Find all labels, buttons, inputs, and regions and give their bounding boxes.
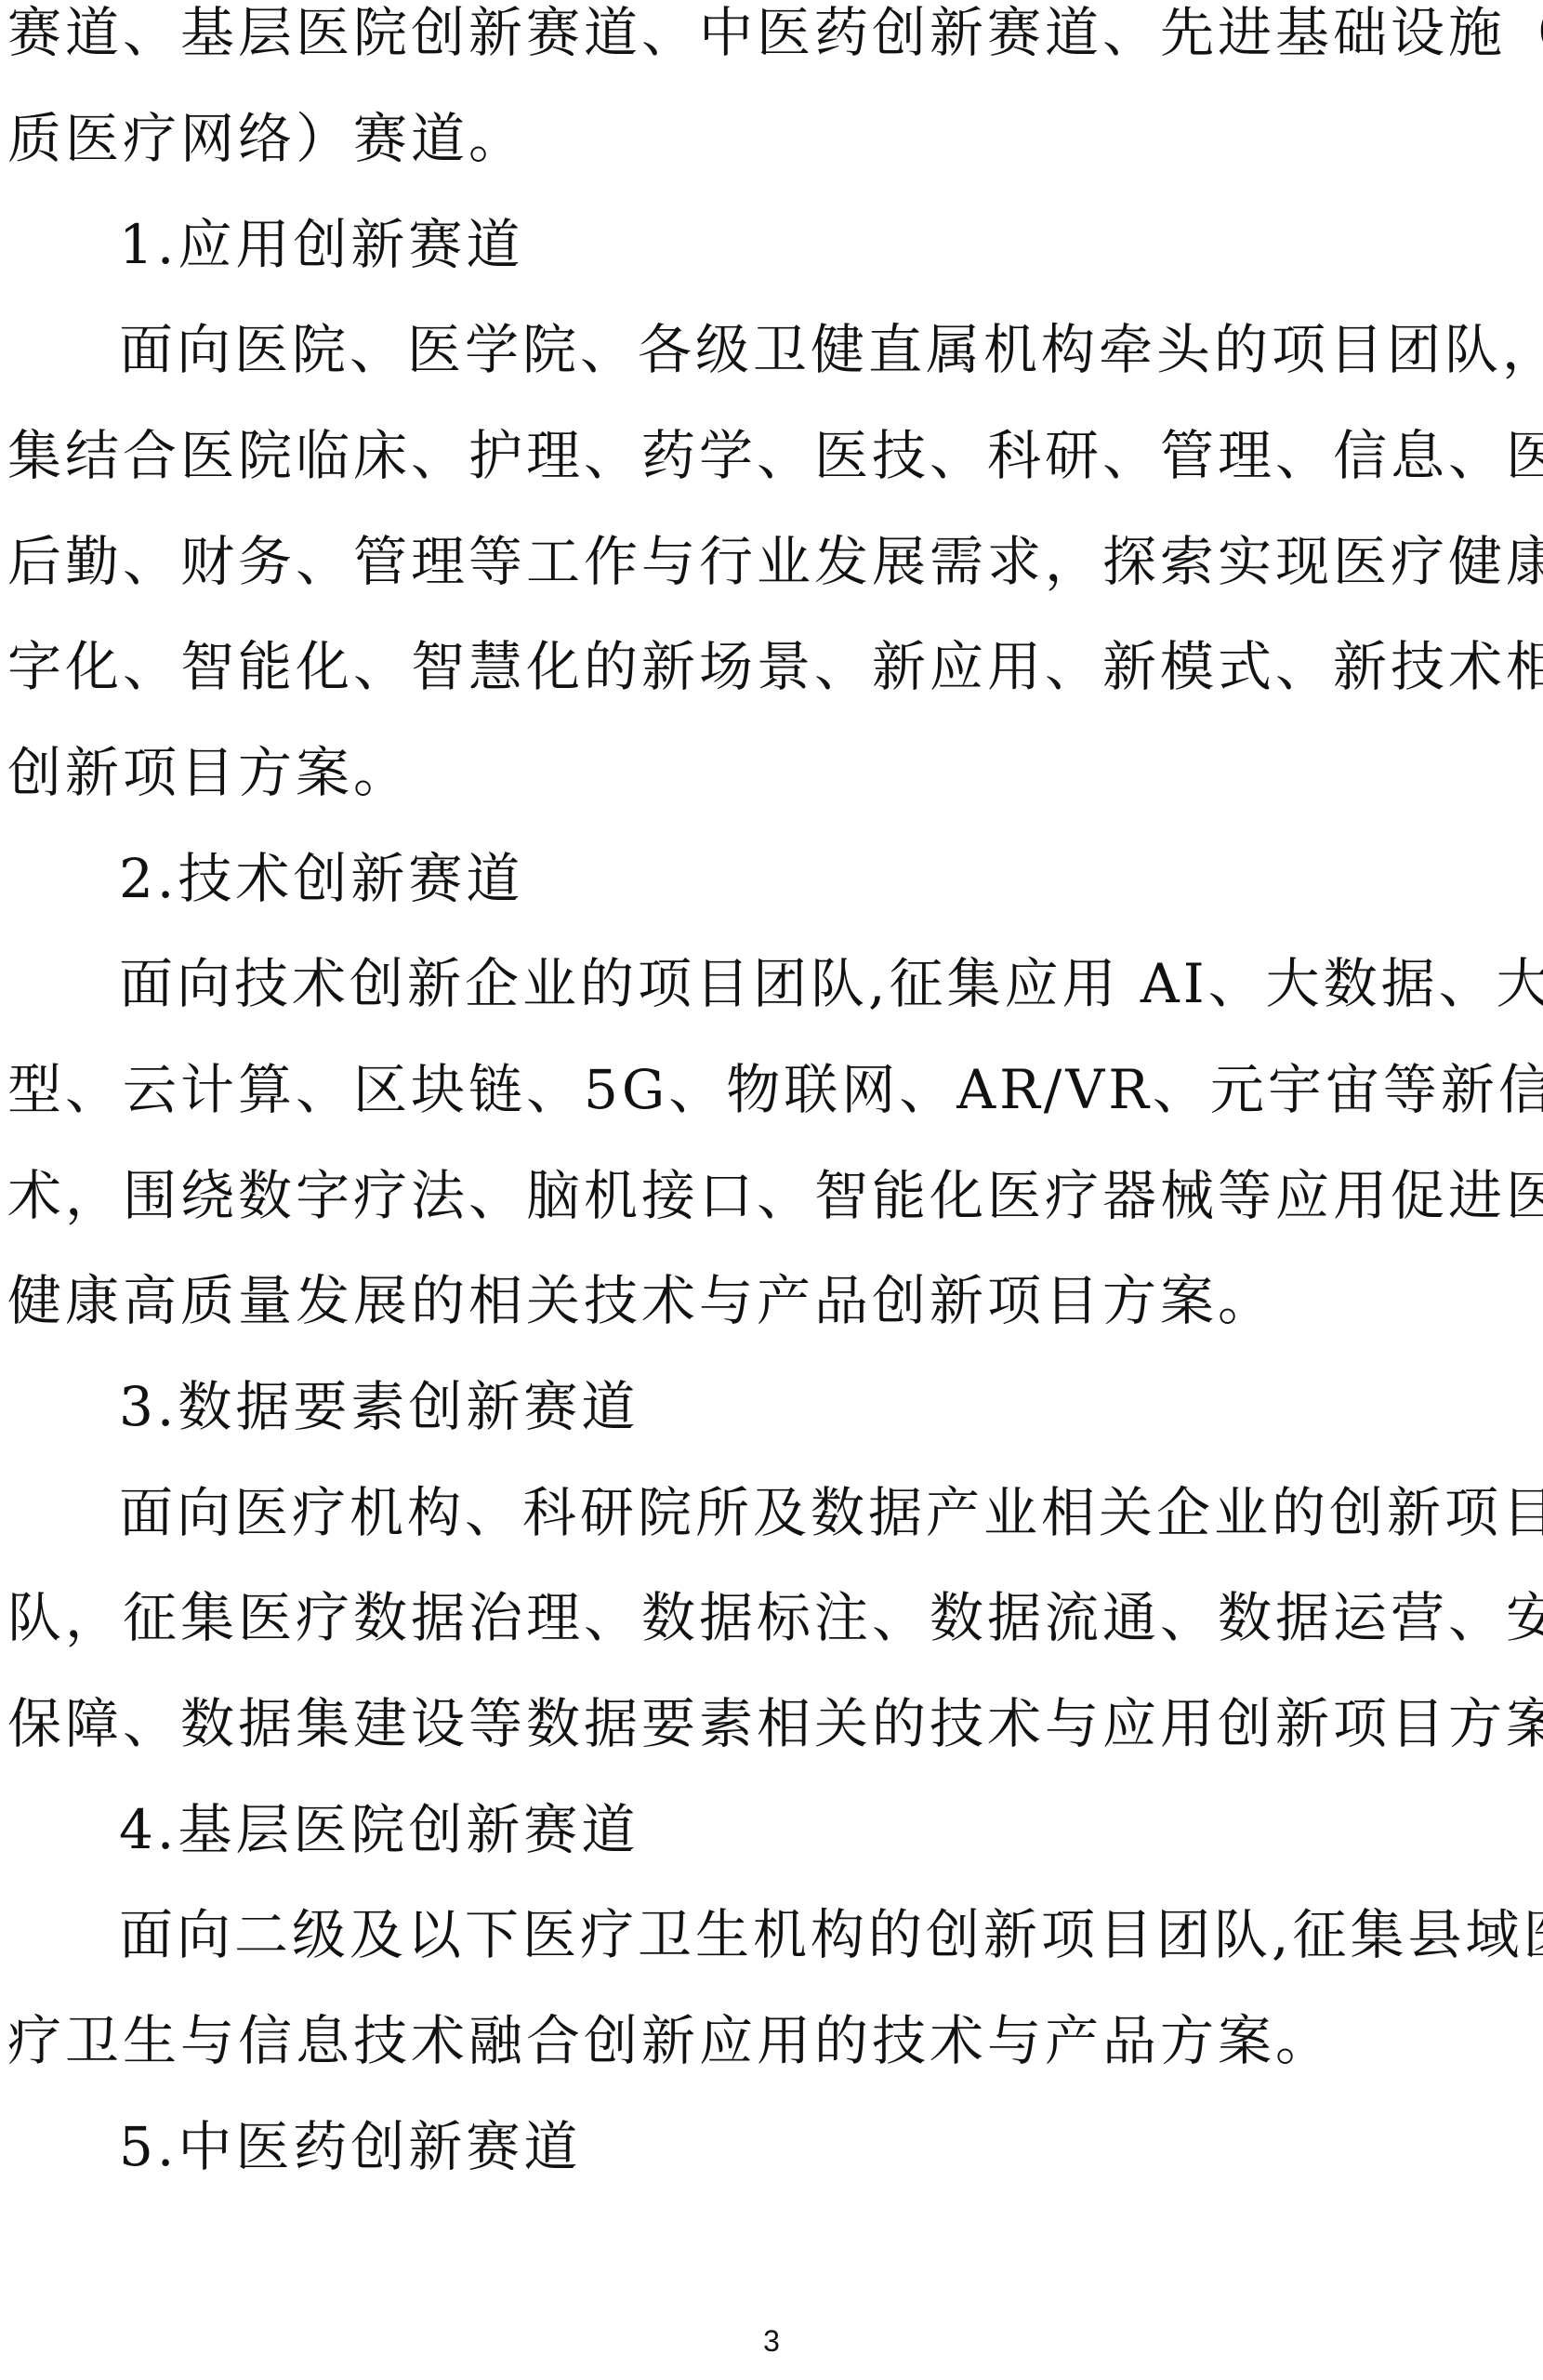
text-line: 赛道、基层医院创新赛道、中医药创新赛道、先进基础设施（新	[7, 0, 1495, 65]
page-number: 3	[0, 2324, 1543, 2359]
text-line: 面向医院、医学院、各级卫健直属机构牵头的项目团队，征	[119, 317, 1543, 382]
text-line: 疗卫生与信息技术融合创新应用的技术与产品方案。	[7, 2008, 1495, 2073]
text-line: 面向医疗机构、科研院所及数据产业相关企业的创新项目团	[119, 1480, 1543, 1545]
text-line: 术，围绕数字疗法、脑机接口、智能化医疗器械等应用促进医疗	[7, 1163, 1495, 1228]
text-line: 保障、数据集建设等数据要素相关的技术与应用创新项目方案。	[7, 1691, 1495, 1756]
text-line: 后勤、财务、管理等工作与行业发展需求，探索实现医疗健康数	[7, 529, 1495, 594]
text-line: 集结合医院临床、护理、药学、医技、科研、管理、信息、医工、	[7, 423, 1495, 488]
section-heading: 1.应用创新赛道	[119, 212, 1543, 277]
section-heading: 4.基层医院创新赛道	[119, 1797, 1543, 1862]
text-line: 健康高质量发展的相关技术与产品创新项目方案。	[7, 1268, 1495, 1333]
text-line: 队，征集医疗数据治理、数据标注、数据流通、数据运营、安全	[7, 1585, 1495, 1650]
text-line: 型、云计算、区块链、5G、物联网、AR/VR、元宇宙等新信息技	[7, 1057, 1495, 1122]
text-line: 字化、智能化、智慧化的新场景、新应用、新模式、新技术相关	[7, 634, 1495, 699]
document-page: 赛道、基层医院创新赛道、中医药创新赛道、先进基础设施（新 质医疗网络）赛道。 1…	[0, 0, 1543, 2380]
text-line: 创新项目方案。	[7, 740, 1495, 805]
text-line: 质医疗网络）赛道。	[7, 106, 1495, 171]
section-heading: 5.中医药创新赛道	[119, 2114, 1543, 2179]
text-line: 面向二级及以下医疗卫生机构的创新项目团队,征集县域医	[119, 1902, 1543, 1967]
text-line: 面向技术创新企业的项目团队,征集应用 AI、大数据、大模	[119, 951, 1543, 1016]
section-heading: 2.技术创新赛道	[119, 846, 1543, 911]
section-heading: 3.数据要素创新赛道	[119, 1374, 1543, 1439]
